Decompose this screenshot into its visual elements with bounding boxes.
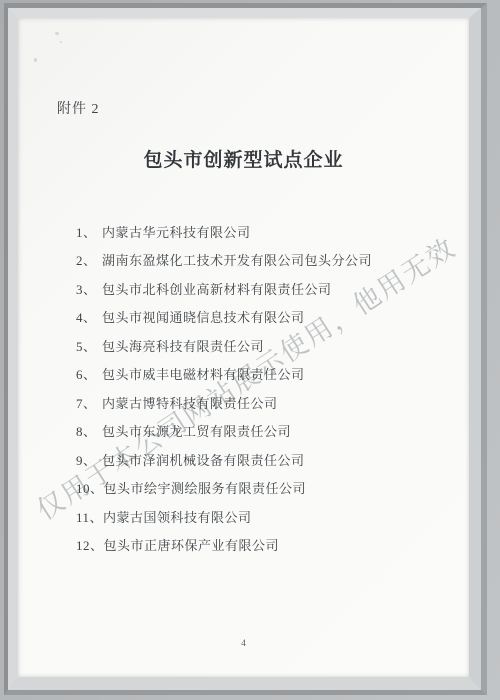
list-item: 9、 包头市泽润机械设备有限责任公司 — [76, 445, 459, 474]
list-item-number: 2、 — [76, 250, 102, 269]
list-item: 4、 包头市视闻通晓信息技术有限公司 — [76, 303, 459, 332]
list-item-number: 12、 — [76, 535, 104, 554]
list-item-number: 10、 — [76, 478, 104, 497]
company-name: 包头市东源龙工贸有限责任公司 — [102, 421, 291, 440]
list-item-number: 11、 — [76, 507, 103, 526]
list-item-number: 4、 — [76, 307, 102, 326]
list-item: 6、 包头市威丰电磁材料有限责任公司 — [76, 360, 459, 389]
document-title: 包头市创新型试点企业 — [18, 145, 469, 172]
company-name: 包头市北科创业高新材料有限责任公司 — [102, 279, 332, 298]
list-item: 10、 包头市绘宇测绘服务有限责任公司 — [76, 474, 459, 503]
page-content: 附件 2 包头市创新型试点企业 1、 内蒙古华元科技有限公司 2、 湖南东盈煤化… — [18, 18, 469, 677]
list-item-number: 7、 — [76, 393, 102, 412]
company-name: 包头市视闻通晓信息技术有限公司 — [102, 307, 305, 326]
company-name: 包头海亮科技有限责任公司 — [102, 336, 264, 355]
list-item: 11、 内蒙古国领科技有限公司 — [76, 502, 459, 531]
list-item: 2、 湖南东盈煤化工技术开发有限公司包头分公司 — [76, 246, 459, 275]
list-item: 7、 内蒙古博特科技有限责任公司 — [76, 388, 459, 417]
list-item-number: 6、 — [76, 364, 102, 383]
page-number: 4 — [18, 638, 469, 648]
company-name: 包头市泽润机械设备有限责任公司 — [102, 450, 305, 469]
company-name: 包头市威丰电磁材料有限责任公司 — [102, 364, 305, 383]
list-item-number: 3、 — [76, 279, 102, 298]
company-name: 湖南东盈煤化工技术开发有限公司包头分公司 — [102, 250, 372, 269]
company-name: 内蒙古博特科技有限责任公司 — [102, 393, 278, 412]
list-item: 3、 包头市北科创业高新材料有限责任公司 — [76, 274, 459, 303]
scanned-document-frame: 仅用于本公司网站展示使用，他用无效 附件 2 包头市创新型试点企业 1、 内蒙古… — [0, 0, 500, 700]
list-item-number: 9、 — [76, 450, 102, 469]
list-item: 5、 包头海亮科技有限责任公司 — [76, 331, 459, 360]
company-name: 包头市正唐环保产业有限公司 — [104, 535, 280, 554]
list-item: 8、 包头市东源龙工贸有限责任公司 — [76, 417, 459, 446]
list-item: 1、 内蒙古华元科技有限公司 — [76, 217, 459, 246]
company-list: 1、 内蒙古华元科技有限公司 2、 湖南东盈煤化工技术开发有限公司包头分公司 3… — [76, 217, 459, 559]
attachment-label: 附件 2 — [57, 102, 100, 118]
company-name: 内蒙古华元科技有限公司 — [102, 222, 251, 241]
company-name: 包头市绘宇测绘服务有限责任公司 — [104, 478, 307, 497]
list-item-number: 1、 — [76, 222, 102, 241]
document-page: 仅用于本公司网站展示使用，他用无效 附件 2 包头市创新型试点企业 1、 内蒙古… — [18, 18, 469, 677]
list-item-number: 5、 — [76, 336, 102, 355]
list-item: 12、 包头市正唐环保产业有限公司 — [76, 531, 459, 560]
list-item-number: 8、 — [76, 421, 102, 440]
company-name: 内蒙古国领科技有限公司 — [103, 507, 252, 526]
